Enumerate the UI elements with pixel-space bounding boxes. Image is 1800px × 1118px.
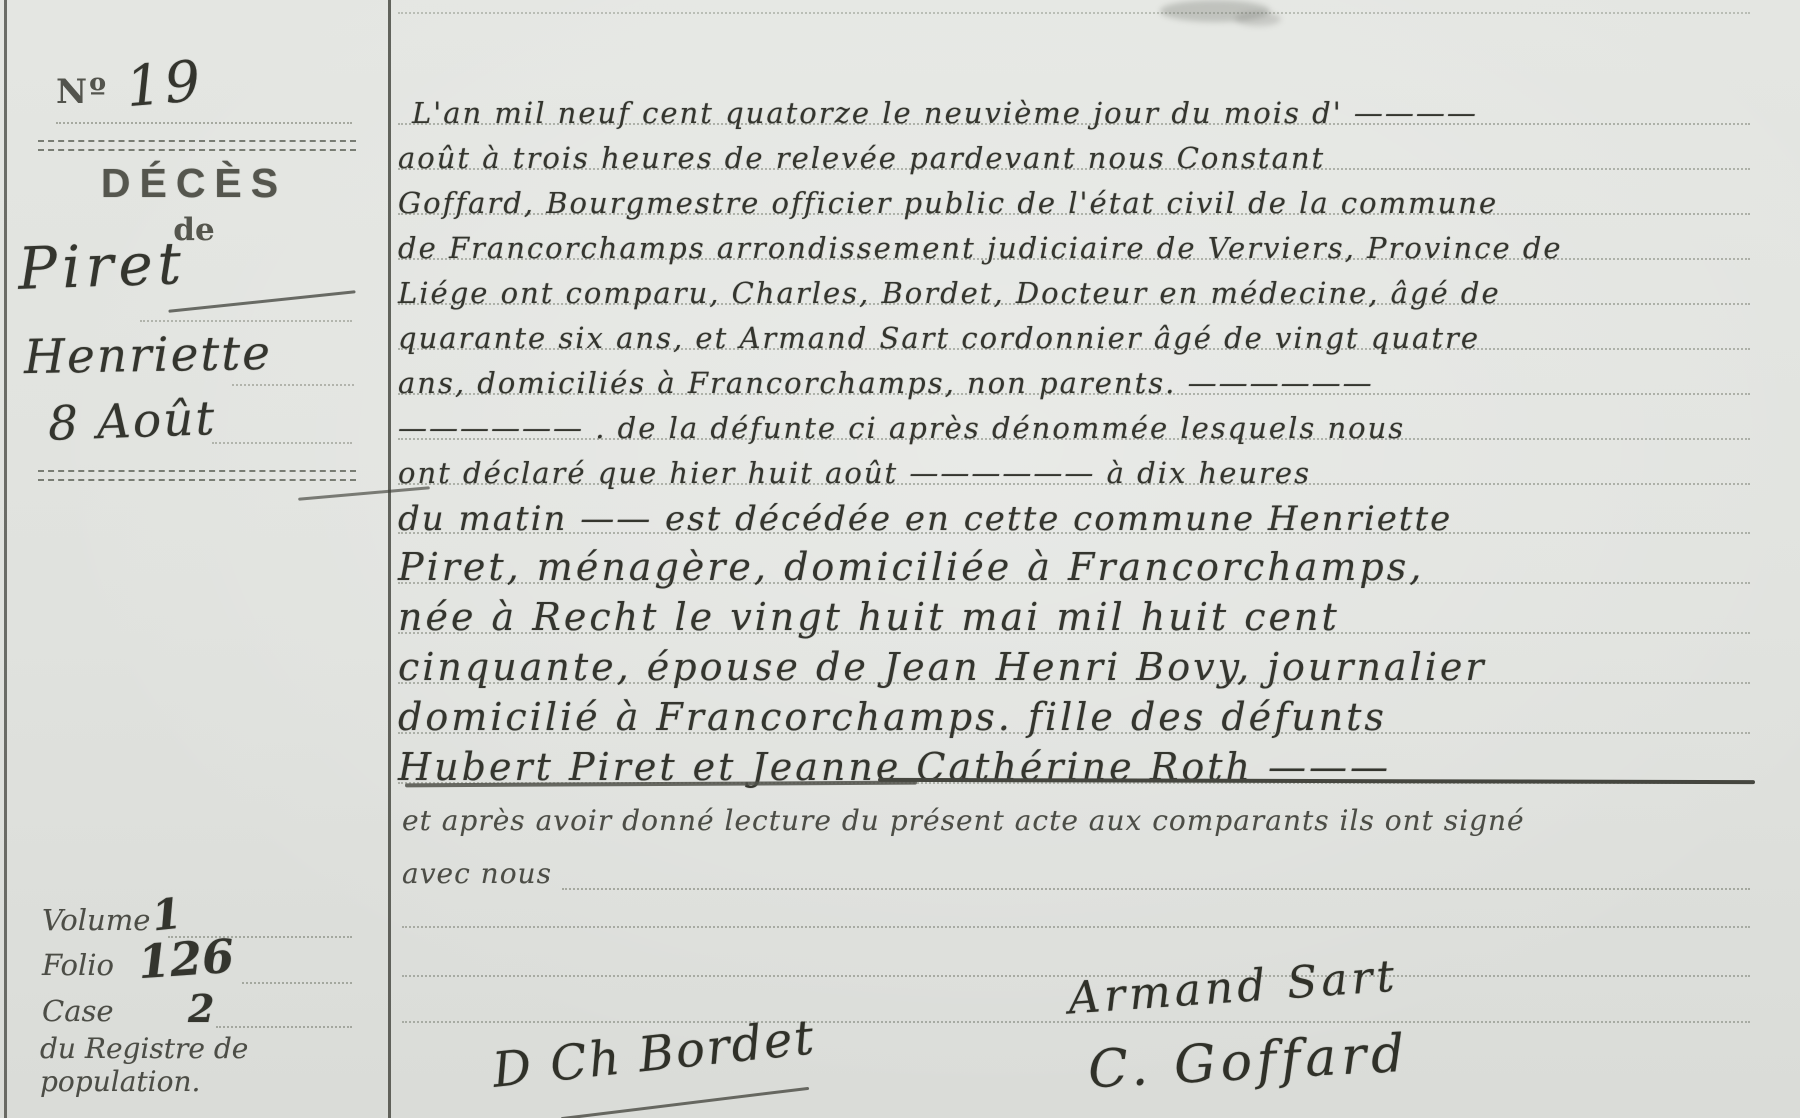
act-line: Goffard, Bourgmestre officier public de … [398, 170, 1750, 215]
act-line: ont déclaré que hier huit août —————— à … [398, 440, 1750, 485]
act-line: domicilié à Francorchamps. fille des déf… [398, 684, 1750, 734]
act-body: L'an mil neuf cent quatorze le neuvième … [398, 80, 1750, 784]
top-ruled-line [398, 12, 1750, 14]
act-line: —————— . de la défunte ci après dénommée… [398, 395, 1750, 440]
act-number-value: 19 [123, 49, 206, 120]
act-line: Piret, ménagère, domiciliée à Francorcha… [398, 534, 1750, 584]
folio-label: Folio [42, 948, 114, 982]
ruled-line [402, 926, 1750, 928]
deceased-firstname: Henriette [24, 326, 273, 385]
scan-smudge [1235, 12, 1281, 26]
double-rule [38, 140, 356, 151]
margin-column: Nº 19 DÉCÈS de Piret Henriette 8 Août Vo… [0, 0, 388, 1118]
signature-goffard: C. Goffard [1087, 1024, 1411, 1101]
case-label: Case [42, 994, 114, 1028]
deceased-surname: Piret [17, 229, 187, 303]
act-type-heading: DÉCÈS [0, 160, 388, 207]
folio-value: 126 [136, 929, 236, 990]
ruled-line [212, 442, 352, 444]
act-line: cinquante, épouse de Jean Henri Bovy, jo… [398, 634, 1750, 684]
ruled-line [232, 384, 354, 386]
ruled-line [56, 122, 352, 124]
act-line: du matin —— est décédée en cette commune… [398, 485, 1750, 534]
closing-clause: avec nous [402, 842, 1750, 884]
death-certificate-scan: Nº 19 DÉCÈS de Piret Henriette 8 Août Vo… [0, 0, 1800, 1118]
act-line: Hubert Piret et Jeanne Cathérine Roth ——… [398, 734, 1750, 784]
volume-label: Volume [42, 903, 150, 937]
closing-clause: et après avoir donné lecture du présent … [402, 804, 1525, 837]
act-line: quarante six ans, et Armand Sart cordonn… [398, 305, 1750, 350]
pen-flourish [168, 290, 355, 313]
act-line: août à trois heures de relevée pardevant… [398, 125, 1750, 170]
population-register-label: du Registre de population. [40, 1032, 388, 1098]
death-date: 8 Août [47, 391, 217, 452]
case-value: 2 [188, 986, 214, 1031]
act-line: Liége ont comparu, Charles, Bordet, Doct… [398, 260, 1750, 305]
signature-armand-sart: Armand Sart [1067, 951, 1400, 1025]
ruled-line [562, 888, 1750, 890]
act-line: née à Recht le vingt huit mai mil huit c… [398, 584, 1750, 634]
margin-divider-line [388, 0, 391, 1118]
act-number-label: Nº [56, 72, 108, 112]
act-line: L'an mil neuf cent quatorze le neuvième … [398, 80, 1750, 125]
ruled-line [242, 982, 352, 984]
act-line: de Francorchamps arrondissement judiciai… [398, 215, 1750, 260]
act-line: ans, domiciliés à Francorchamps, non par… [398, 350, 1750, 395]
double-rule [38, 470, 356, 481]
pen-flourish [561, 1087, 810, 1118]
ruled-line [140, 320, 352, 322]
ruled-line [216, 1026, 352, 1028]
